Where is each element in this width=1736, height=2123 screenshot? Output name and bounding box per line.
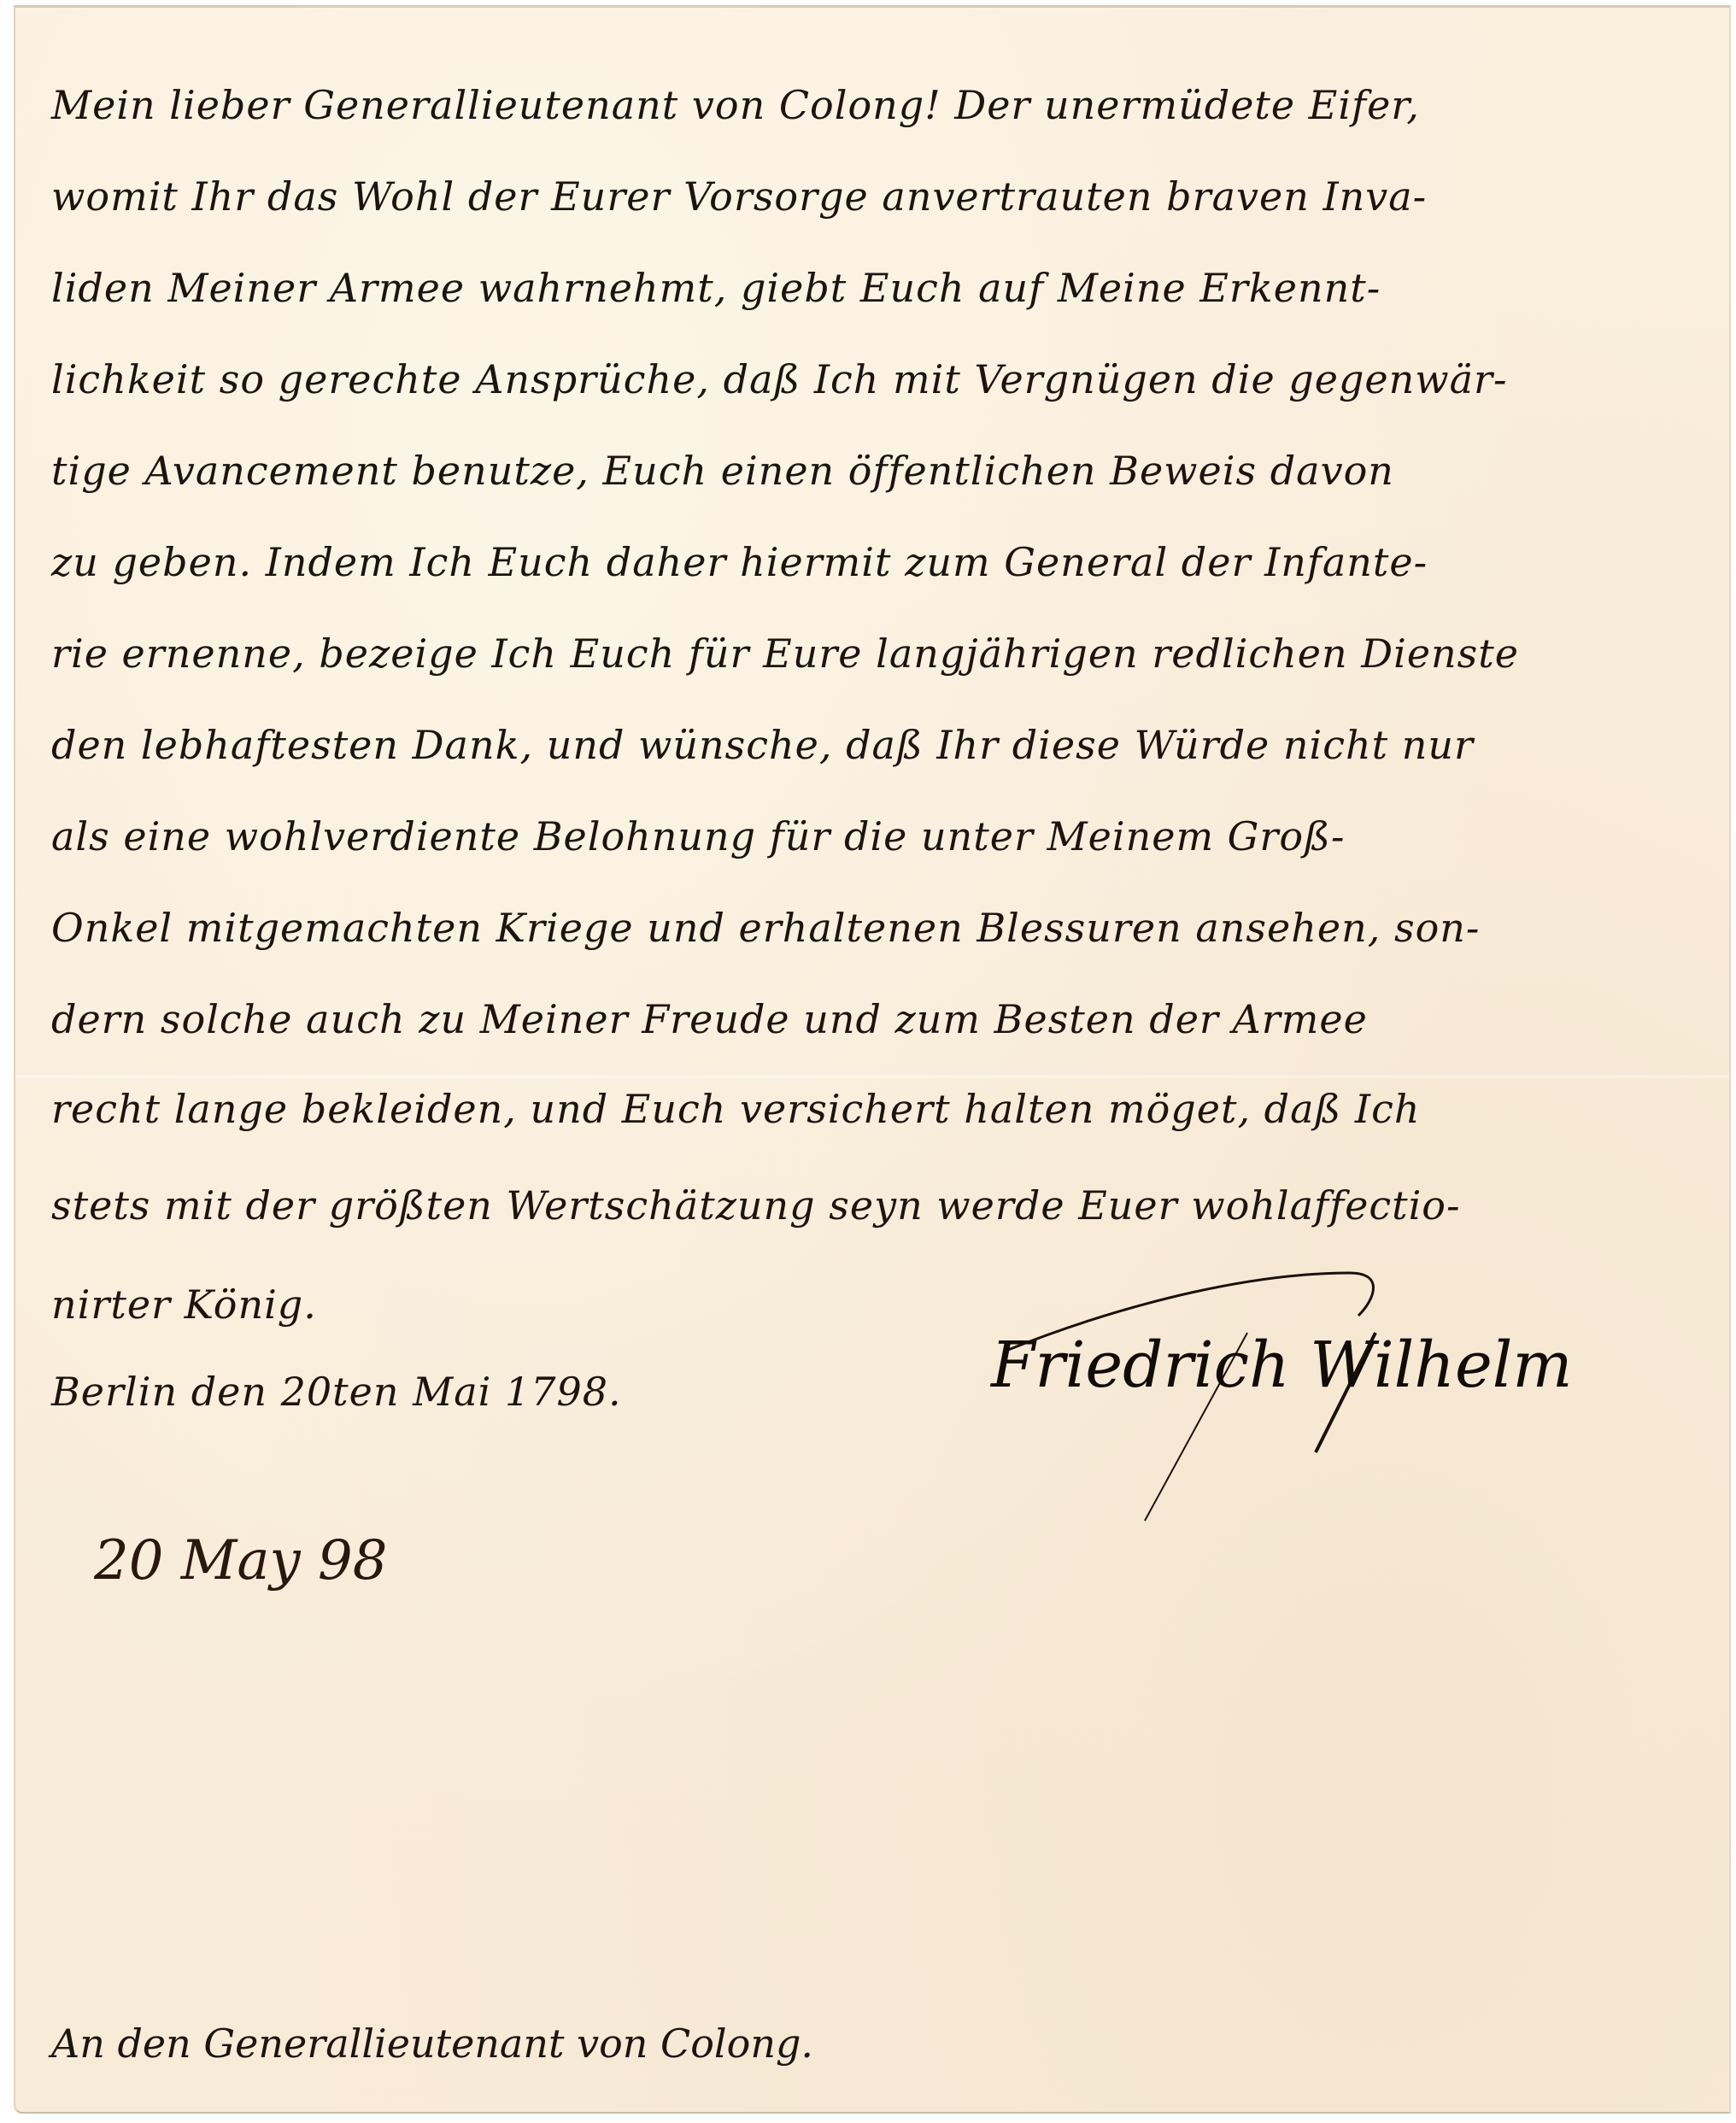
letter-line-5: tige Avancement benutze, Euch einen öffe… xyxy=(51,448,1394,494)
paper-fold-crease xyxy=(15,1074,1729,1079)
letter-line-2: womit Ihr das Wohl der Eurer Vorsorge an… xyxy=(51,173,1427,220)
letter-line-12: recht lange bekleiden, und Euch versiche… xyxy=(51,1086,1420,1132)
letter-line-4: lichkeit so gerechte Ansprüche, daß Ich … xyxy=(51,356,1508,402)
docket-note: 20 May 98 xyxy=(94,1529,387,1592)
letter-paper xyxy=(14,5,1731,2114)
letter-line-9: als eine wohlverdiente Belohnung für die… xyxy=(51,813,1345,859)
letter-line-7: rie ernenne, bezeige Ich Euch für Eure l… xyxy=(51,630,1519,677)
letter-line-6: zu geben. Indem Ich Euch daher hiermit z… xyxy=(51,539,1428,585)
place-date-line: Berlin den 20ten Mai 1798. xyxy=(51,1369,622,1415)
letter-line-8: den lebhaftesten Dank, und wünsche, daß … xyxy=(51,722,1474,768)
letter-closing: nirter König. xyxy=(51,1281,317,1328)
letter-line-1: Mein lieber Generallieutenant von Colong… xyxy=(51,82,1420,128)
letter-line-11: dern solche auch zu Meiner Freude und zu… xyxy=(51,996,1368,1042)
signature: Friedrich Wilhelm xyxy=(991,1328,1573,1402)
letter-line-13: stets mit der größten Wertschätzung seyn… xyxy=(51,1182,1461,1229)
letter-line-3: liden Meiner Armee wahrnehmt, giebt Euch… xyxy=(51,265,1381,311)
letter-line-10: Onkel mitgemachten Kriege und erhaltenen… xyxy=(51,905,1480,951)
address-line: An den Generallieutenant von Colong. xyxy=(51,2020,813,2067)
